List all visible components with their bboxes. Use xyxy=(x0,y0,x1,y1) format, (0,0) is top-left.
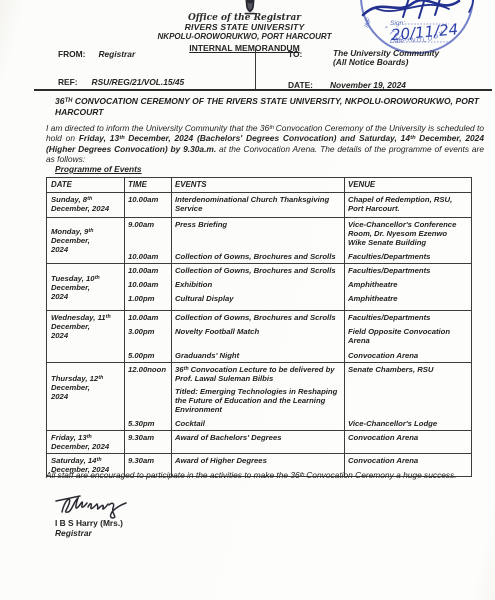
event-entry: 9.00amPress BriefingVice-Chancellor's Co… xyxy=(124,220,471,247)
event-text: Press Briefing xyxy=(175,220,340,229)
table-body: Sunday, 8ᵗʰ December, 202410.00amInterde… xyxy=(47,193,471,476)
event-cell: Novelty Football Match xyxy=(171,327,344,345)
time-cell: 1.00pm xyxy=(124,294,171,303)
venue-cell: Field Opposite Convocation Arena xyxy=(344,327,471,345)
time-cell: 5.00pm xyxy=(124,351,171,360)
event-text: Novelty Football Match xyxy=(175,327,340,336)
time-cell: 10.00am xyxy=(124,313,171,322)
table-row: Wednesday, 11ᵗʰ December, 202410.00amCol… xyxy=(47,311,471,362)
event-text: Exhibition xyxy=(175,280,340,289)
event-cell: Cocktail xyxy=(171,419,344,428)
venue-cell: Faculties/Departments xyxy=(344,266,471,275)
table-row: Thursday, 12ᵗʰ December, 202412.00noon36… xyxy=(47,363,471,431)
table-row: Monday, 9ᵗʰ December, 20249.00amPress Br… xyxy=(47,218,471,264)
time-cell: 12.00noon xyxy=(124,365,171,414)
registrar-signature xyxy=(52,491,130,519)
event-text: Cultural Display xyxy=(175,294,340,303)
event-entry: 9.30amAward of Bachelors' DegreesConvoca… xyxy=(124,433,471,442)
event-cell: Exhibition xyxy=(171,280,344,289)
col-header-date: DATE xyxy=(47,179,124,190)
venue-cell: Faculties/Departments xyxy=(344,313,471,322)
time-cell: 10.00am xyxy=(124,252,171,261)
stamp-signature-scribble xyxy=(363,0,473,18)
event-entry: 10.00amCollection of Gowns, Brochures an… xyxy=(124,313,471,322)
time-cell: 3.00pm xyxy=(124,327,171,345)
event-cell: Collection of Gowns, Brochures and Scrol… xyxy=(171,252,344,261)
event-cell: Interdenominational Church Thanksgiving … xyxy=(171,195,344,213)
campus-address: NKPOLU-OROWORUKWO, PORT HARCOURT xyxy=(122,33,367,42)
event-entry: 10.00amCollection of Gowns, Brochures an… xyxy=(124,266,471,275)
text-segment: Friday, 13ᵗʰ December, 2024 (Bachelors' … xyxy=(79,133,337,143)
event-text: Collection of Gowns, Brochures and Scrol… xyxy=(175,266,340,275)
venue-cell: Convocation Arena xyxy=(344,433,471,442)
intro-paragraph: I am directed to inform the University C… xyxy=(46,123,484,164)
memo-type-title: INTERNAL MEMORANDUM xyxy=(122,43,367,53)
time-cell: 9.30am xyxy=(124,456,171,465)
event-entry: 10.00amCollection of Gowns, Brochures an… xyxy=(124,252,471,261)
table-vertical-rule xyxy=(344,178,345,476)
signatory-name: I B S Harry (Mrs.) xyxy=(55,518,123,528)
subject-line: 36ᵀᴴ CONVOCATION CEREMONY OF THE RIVERS … xyxy=(55,96,479,117)
event-text: Collection of Gowns, Brochures and Scrol… xyxy=(175,313,340,322)
entries-cell: 10.00amCollection of Gowns, Brochures an… xyxy=(124,311,471,361)
signatory-title: Registrar xyxy=(55,528,92,538)
time-cell: 9.30am xyxy=(124,433,171,442)
col-header-events: EVENTS xyxy=(171,179,344,190)
venue-cell: Senate Chambers, RSU xyxy=(344,365,471,414)
time-cell: 10.00am xyxy=(124,195,171,213)
time-cell: 10.00am xyxy=(124,266,171,275)
date-cell: Tuesday, 10ᵗʰ December, 2024 xyxy=(47,264,124,310)
table-row: Tuesday, 10ᵗʰ December, 202410.00amColle… xyxy=(47,264,471,311)
stamp-sign-label: Sign: xyxy=(390,20,405,27)
event-cell: Award of Higher Degrees xyxy=(171,456,344,465)
event-cell: Collection of Gowns, Brochures and Scrol… xyxy=(171,313,344,322)
event-cell: Collection of Gowns, Brochures and Scrol… xyxy=(171,266,344,275)
memo-document: Office of the Registrar RIVERS STATE UNI… xyxy=(0,0,495,600)
entries-cell: 9.30amAward of Bachelors' DegreesConvoca… xyxy=(124,431,471,453)
date-cell: Sunday, 8ᵗʰ December, 2024 xyxy=(47,193,124,217)
venue-cell: Convocation Arena xyxy=(344,351,471,360)
event-cell: Award of Bachelors' Degrees xyxy=(171,433,344,442)
event-cell: Cultural Display xyxy=(171,294,344,303)
venue-cell: Chapel of Redemption, RSU, Port Harcourt… xyxy=(344,195,471,213)
letterhead: Office of the Registrar RIVERS STATE UNI… xyxy=(122,13,367,42)
table-row: Sunday, 8ᵗʰ December, 202410.00amInterde… xyxy=(47,193,471,218)
col-header-venue: VENUE xyxy=(344,179,471,190)
event-text: Award of Bachelors' Degrees xyxy=(175,433,340,442)
event-entry: 10.00amInterdenominational Church Thanks… xyxy=(124,195,471,213)
venue-cell: Vice-Chancellor's Conference Room, Dr. N… xyxy=(344,220,471,247)
date-cell: Wednesday, 11ᵗʰ December, 2024 xyxy=(47,311,124,361)
ref-row: REF: RSU/REG/21/VOL.15/45 xyxy=(58,77,184,87)
to-value: The University Community (All Notice Boa… xyxy=(333,49,439,67)
header-horizontal-rule xyxy=(34,89,492,91)
programme-table: DATE TIME EVENTS VENUE Sunday, 8ᵗʰ Decem… xyxy=(46,177,472,477)
text-segment: All staff are encouraged to participate … xyxy=(46,470,457,480)
event-entry: 12.00noon36ᵗʰ Convocation Lecture to be … xyxy=(124,365,471,414)
event-entry: 5.00pmGraduands' NightConvocation Arena xyxy=(124,351,471,360)
ref-value: RSU/REG/21/VOL.15/45 xyxy=(92,77,185,87)
event-entry: 5.30pmCocktailVice-Chancellor's Lodge xyxy=(124,419,471,428)
event-text: Collection of Gowns, Brochures and Scrol… xyxy=(175,252,340,261)
to-label: TO: xyxy=(288,49,302,59)
table-vertical-rule xyxy=(124,178,125,476)
venue-cell: Vice-Chancellor's Lodge xyxy=(344,419,471,428)
entries-cell: 10.00amCollection of Gowns, Brochures an… xyxy=(124,264,471,310)
venue-cell: Amphitheatre xyxy=(344,280,471,289)
event-entry: 9.30amAward of Higher DegreesConvocation… xyxy=(124,456,471,465)
table-row: Friday, 13ᵗʰ December, 20249.30amAward o… xyxy=(47,431,471,454)
event-text: Cocktail xyxy=(175,419,340,428)
event-cell: Graduands' Night xyxy=(171,351,344,360)
date-cell: Friday, 13ᵗʰ December, 2024 xyxy=(47,431,124,453)
from-value: Registrar xyxy=(98,49,135,59)
event-cell: 36ᵗʰ Convocation Lecture to be delivered… xyxy=(171,365,344,414)
programme-heading: Programme of Events xyxy=(55,164,142,174)
from-row: FROM: Registrar xyxy=(58,49,135,59)
entries-cell: 10.00amInterdenominational Church Thanks… xyxy=(124,193,471,217)
ref-label: REF: xyxy=(58,77,78,87)
event-text: Titled: Emerging Technologies in Reshapi… xyxy=(175,387,340,414)
event-cell: Press Briefing xyxy=(171,220,344,247)
stamp-ring xyxy=(361,0,473,53)
stamp-date-label: Date: xyxy=(390,38,406,45)
entries-cell: 12.00noon36ᵗʰ Convocation Lecture to be … xyxy=(124,363,471,430)
entries-cell: 9.00amPress BriefingVice-Chancellor's Co… xyxy=(124,218,471,263)
event-text: Award of Higher Degrees xyxy=(175,456,340,465)
table-vertical-rule xyxy=(171,178,172,476)
table-header-row: DATE TIME EVENTS VENUE xyxy=(47,178,471,193)
closing-paragraph: All staff are encouraged to participate … xyxy=(46,470,484,481)
event-entry: 1.00pmCultural DisplayAmphitheatre xyxy=(124,294,471,303)
col-header-time: TIME xyxy=(124,179,171,190)
venue-cell: Amphitheatre xyxy=(344,294,471,303)
time-cell: 9.00am xyxy=(124,220,171,247)
date-cell: Thursday, 12ᵗʰ December, 2024 xyxy=(47,363,124,430)
event-text: 36ᵗʰ Convocation Lecture to be delivered… xyxy=(175,365,340,383)
stamp-handwritten-date: 20/11/24 xyxy=(390,20,459,44)
header-vertical-divider xyxy=(255,48,256,90)
time-cell: 5.30pm xyxy=(124,419,171,428)
event-text: Graduands' Night xyxy=(175,351,340,360)
event-entry: 10.00amExhibitionAmphitheatre xyxy=(124,280,471,289)
time-cell: 10.00am xyxy=(124,280,171,289)
event-text: Interdenominational Church Thanksgiving … xyxy=(175,195,340,213)
date-cell: Monday, 9ᵗʰ December, 2024 xyxy=(47,218,124,263)
from-label: FROM: xyxy=(58,49,85,59)
event-entry: 3.00pmNovelty Football MatchField Opposi… xyxy=(124,327,471,345)
text-segment: and xyxy=(336,133,359,143)
venue-cell: Faculties/Departments xyxy=(344,252,471,261)
venue-cell: Convocation Arena xyxy=(344,456,471,465)
stamp-ring-text: * TECHNOLOGY * xyxy=(382,25,452,45)
